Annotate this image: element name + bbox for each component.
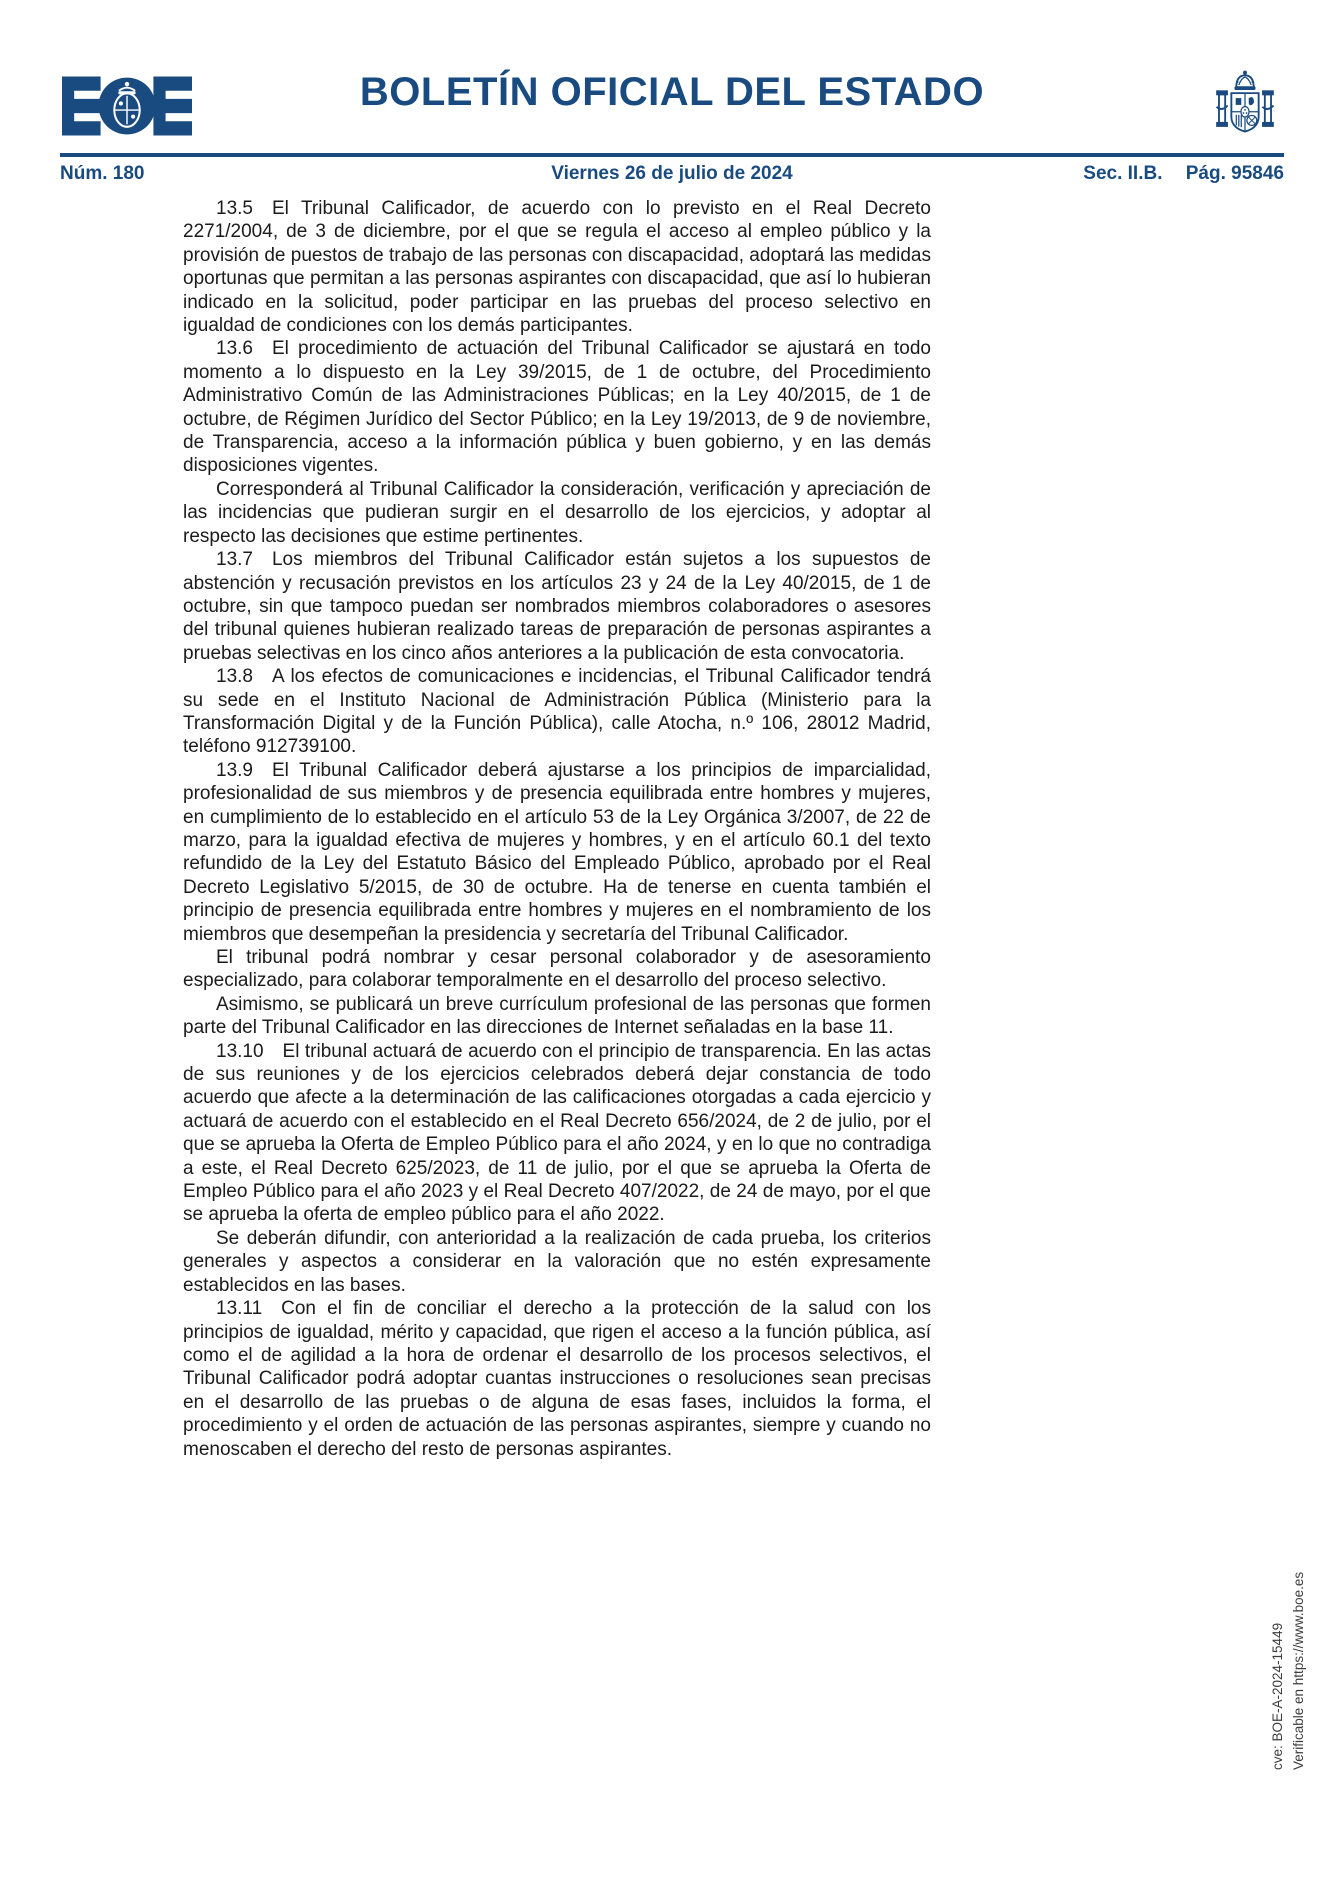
body-paragraph: 13.11 Con el fin de conciliar el derecho… — [183, 1297, 931, 1461]
verification-url: Verificable en https://www.boe.es — [1288, 1530, 1309, 1770]
cve-code: cve: BOE-A-2024-15449 — [1267, 1530, 1288, 1770]
masthead-title: BOLETÍN OFICIAL DEL ESTADO — [60, 70, 1284, 115]
boe-document-page: BOLETÍN OFICIAL DEL ESTADO — [0, 0, 1344, 1900]
issue-date: Viernes 26 de julio de 2024 — [551, 163, 793, 185]
body-paragraph: 13.6 El procedimiento de actuación del T… — [183, 337, 931, 477]
body-paragraph: 13.5 El Tribunal Calificador, de acuerdo… — [183, 197, 931, 337]
spanish-coat-of-arms-icon — [1214, 68, 1276, 148]
section-page: Sec. II.B. Pág. 95846 — [1083, 163, 1284, 185]
body-paragraph: 13.8 A los efectos de comunicaciones e i… — [183, 665, 931, 759]
body-paragraph: Se deberán difundir, con anterioridad a … — [183, 1227, 931, 1297]
masthead: BOLETÍN OFICIAL DEL ESTADO — [60, 62, 1284, 150]
body-paragraph: 13.10 El tribunal actuará de acuerdo con… — [183, 1040, 931, 1227]
document-body: 13.5 El Tribunal Calificador, de acuerdo… — [183, 197, 931, 1461]
header-divider — [60, 153, 1284, 157]
body-paragraph: Corresponderá al Tribunal Calificador la… — [183, 478, 931, 548]
issue-number: Núm. 180 — [60, 163, 144, 185]
page-number: Pág. 95846 — [1186, 163, 1284, 184]
section-label: Sec. II.B. — [1083, 163, 1162, 184]
body-paragraph: 13.9 El Tribunal Calificador deberá ajus… — [183, 759, 931, 946]
body-paragraph: El tribunal podrá nombrar y cesar person… — [183, 946, 931, 993]
body-paragraph: 13.7 Los miembros del Tribunal Calificad… — [183, 548, 931, 665]
meta-bar: Núm. 180 Viernes 26 de julio de 2024 Sec… — [60, 163, 1284, 189]
body-paragraph: Asimismo, se publicará un breve currícul… — [183, 993, 931, 1040]
verification-sidebar: cve: BOE-A-2024-15449 Verificable en htt… — [1267, 1530, 1309, 1770]
